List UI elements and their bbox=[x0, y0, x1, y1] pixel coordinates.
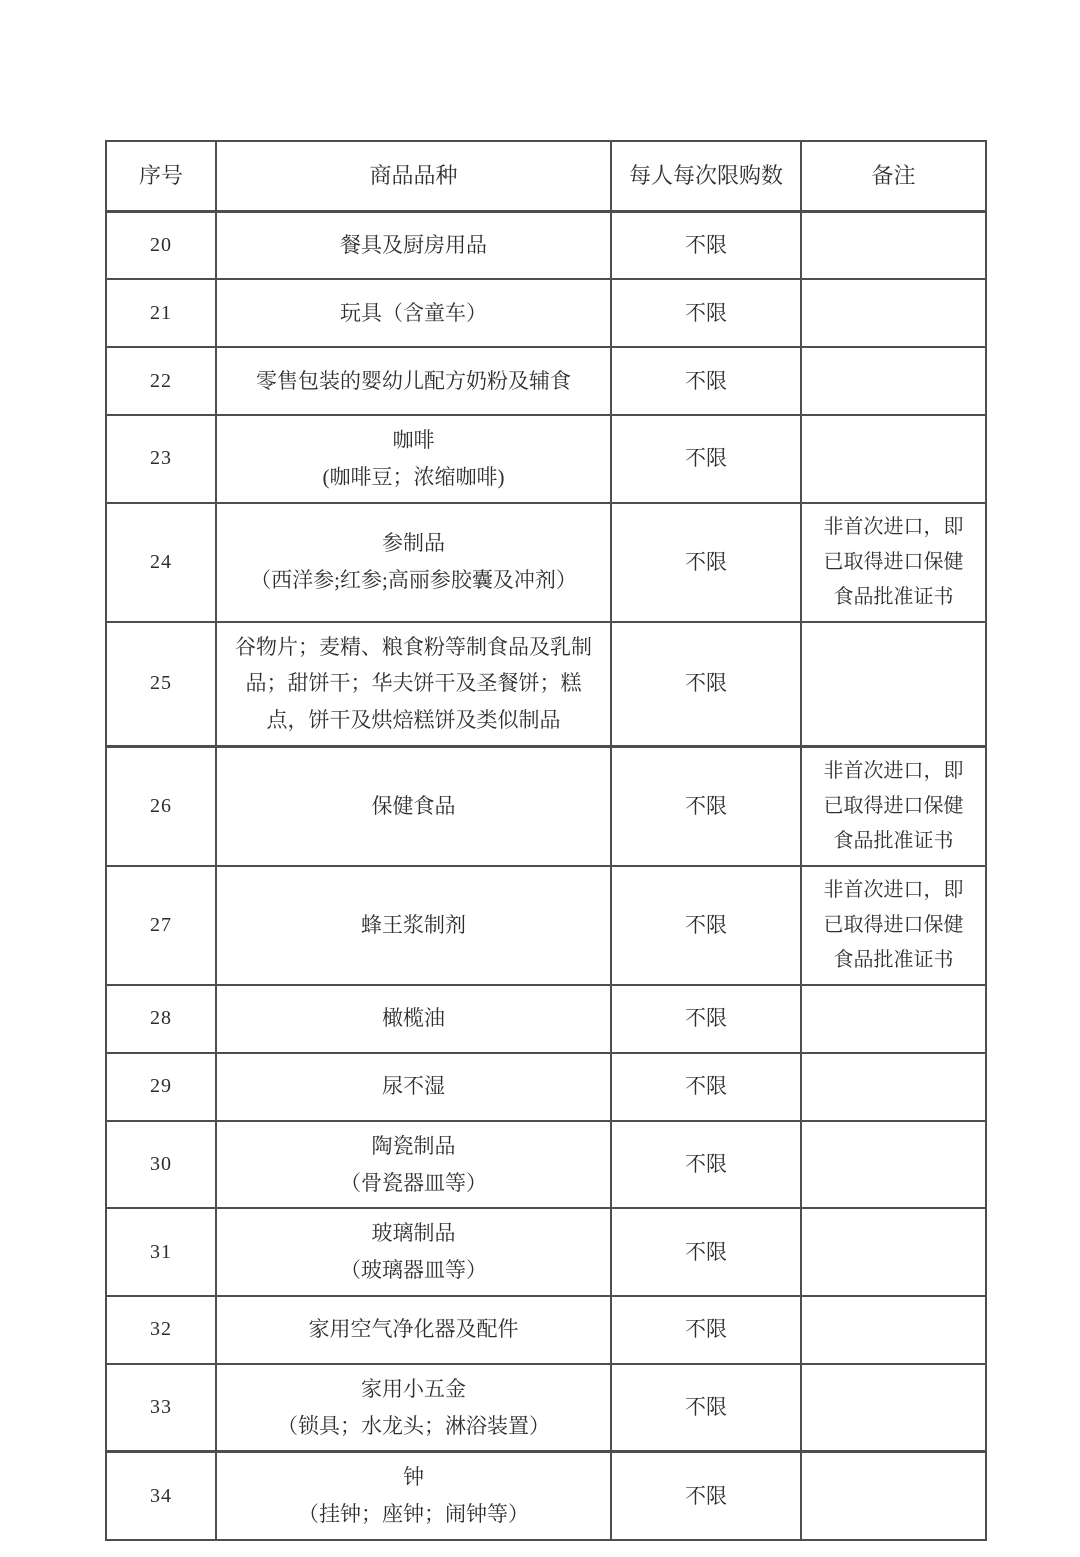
product-line: 陶瓷制品 bbox=[225, 1128, 602, 1165]
product-line: 钟 bbox=[225, 1459, 602, 1496]
cell-limit: 不限 bbox=[611, 866, 801, 985]
product-line: 家用小五金 bbox=[225, 1371, 602, 1408]
table-row: 25 谷物片；麦精、粮食粉等制食品及乳制品；甜饼干；华夫饼干及圣餐饼；糕点，饼干… bbox=[106, 622, 986, 747]
cell-no: 28 bbox=[106, 985, 216, 1053]
header-row: 序号 商品品种 每人每次限购数 备注 bbox=[106, 141, 986, 211]
table-row: 26 保健食品 不限 非首次进口，即已取得进口保健食品批准证书 bbox=[106, 746, 986, 866]
table-row: 22 零售包装的婴幼儿配方奶粉及辅食 不限 bbox=[106, 347, 986, 415]
cell-limit: 不限 bbox=[611, 1121, 801, 1209]
cell-product: 咖啡(咖啡豆；浓缩咖啡) bbox=[216, 415, 611, 503]
cell-remark bbox=[801, 1208, 986, 1296]
cell-no: 27 bbox=[106, 866, 216, 985]
cell-limit: 不限 bbox=[611, 1208, 801, 1296]
cell-product: 玻璃制品（玻璃器皿等） bbox=[216, 1208, 611, 1296]
cell-limit: 不限 bbox=[611, 1296, 801, 1364]
cell-remark bbox=[801, 347, 986, 415]
cell-product: 尿不湿 bbox=[216, 1053, 611, 1121]
cell-no: 26 bbox=[106, 746, 216, 866]
product-line: 蜂王浆制剂 bbox=[225, 907, 602, 944]
cell-limit: 不限 bbox=[611, 985, 801, 1053]
cell-no: 30 bbox=[106, 1121, 216, 1209]
cell-no: 31 bbox=[106, 1208, 216, 1296]
table-row: 24 参制品（西洋参;红参;高丽参胶囊及冲剂） 不限 非首次进口，即已取得进口保… bbox=[106, 503, 986, 622]
cell-remark bbox=[801, 1121, 986, 1209]
product-line: 玩具（含童车） bbox=[225, 295, 602, 332]
header-cell-remark: 备注 bbox=[801, 141, 986, 211]
product-line: 尿不湿 bbox=[225, 1068, 602, 1105]
table-row: 23 咖啡(咖啡豆；浓缩咖啡) 不限 bbox=[106, 415, 986, 503]
product-line: 保健食品 bbox=[225, 788, 602, 825]
cell-limit: 不限 bbox=[611, 347, 801, 415]
cell-limit: 不限 bbox=[611, 1452, 801, 1540]
cell-product: 餐具及厨房用品 bbox=[216, 211, 611, 279]
cell-no: 24 bbox=[106, 503, 216, 622]
cell-no: 29 bbox=[106, 1053, 216, 1121]
cell-product: 家用小五金（锁具；水龙头；淋浴装置） bbox=[216, 1364, 611, 1452]
cell-product: 零售包装的婴幼儿配方奶粉及辅食 bbox=[216, 347, 611, 415]
cell-no: 32 bbox=[106, 1296, 216, 1364]
cell-remark bbox=[801, 1296, 986, 1364]
table-row: 30 陶瓷制品（骨瓷器皿等） 不限 bbox=[106, 1121, 986, 1209]
product-line: 玻璃制品 bbox=[225, 1215, 602, 1252]
cell-remark bbox=[801, 985, 986, 1053]
table-row: 32 家用空气净化器及配件 不限 bbox=[106, 1296, 986, 1364]
cell-no: 23 bbox=[106, 415, 216, 503]
table-row: 28 橄榄油 不限 bbox=[106, 985, 986, 1053]
table-row: 33 家用小五金（锁具；水龙头；淋浴装置） 不限 bbox=[106, 1364, 986, 1452]
purchase-limit-table: 序号 商品品种 每人每次限购数 备注 20 餐具及厨房用品 不限 21 玩具（含… bbox=[105, 140, 987, 1541]
document-page: 序号 商品品种 每人每次限购数 备注 20 餐具及厨房用品 不限 21 玩具（含… bbox=[0, 0, 1080, 1557]
product-line: 零售包装的婴幼儿配方奶粉及辅食 bbox=[225, 363, 602, 400]
product-line: 参制品 bbox=[225, 525, 602, 562]
product-line: 家用空气净化器及配件 bbox=[225, 1311, 602, 1348]
cell-remark: 非首次进口，即已取得进口保健食品批准证书 bbox=[801, 866, 986, 985]
cell-product: 钟（挂钟；座钟；闹钟等） bbox=[216, 1452, 611, 1540]
header-cell-limit: 每人每次限购数 bbox=[611, 141, 801, 211]
cell-limit: 不限 bbox=[611, 415, 801, 503]
cell-no: 33 bbox=[106, 1364, 216, 1452]
cell-limit: 不限 bbox=[611, 1364, 801, 1452]
product-line: （骨瓷器皿等） bbox=[225, 1165, 602, 1202]
cell-product: 保健食品 bbox=[216, 746, 611, 866]
cell-remark bbox=[801, 211, 986, 279]
cell-limit: 不限 bbox=[611, 746, 801, 866]
product-line: （锁具；水龙头；淋浴装置） bbox=[225, 1408, 602, 1445]
cell-remark bbox=[801, 1364, 986, 1452]
table-row: 31 玻璃制品（玻璃器皿等） 不限 bbox=[106, 1208, 986, 1296]
cell-remark bbox=[801, 1053, 986, 1121]
cell-limit: 不限 bbox=[611, 211, 801, 279]
cell-limit: 不限 bbox=[611, 503, 801, 622]
cell-no: 22 bbox=[106, 347, 216, 415]
cell-limit: 不限 bbox=[611, 622, 801, 747]
cell-no: 25 bbox=[106, 622, 216, 747]
cell-remark bbox=[801, 1452, 986, 1540]
header-cell-product: 商品品种 bbox=[216, 141, 611, 211]
cell-limit: 不限 bbox=[611, 279, 801, 347]
cell-product: 陶瓷制品（骨瓷器皿等） bbox=[216, 1121, 611, 1209]
product-line: 谷物片；麦精、粮食粉等制食品及乳制品；甜饼干；华夫饼干及圣餐饼；糕点，饼干及烘焙… bbox=[225, 629, 602, 739]
cell-no: 20 bbox=[106, 211, 216, 279]
table-row: 20 餐具及厨房用品 不限 bbox=[106, 211, 986, 279]
cell-product: 橄榄油 bbox=[216, 985, 611, 1053]
cell-product: 玩具（含童车） bbox=[216, 279, 611, 347]
cell-product: 参制品（西洋参;红参;高丽参胶囊及冲剂） bbox=[216, 503, 611, 622]
cell-product: 蜂王浆制剂 bbox=[216, 866, 611, 985]
cell-no: 21 bbox=[106, 279, 216, 347]
product-line: （西洋参;红参;高丽参胶囊及冲剂） bbox=[225, 562, 602, 599]
cell-remark bbox=[801, 622, 986, 747]
product-line: （玻璃器皿等） bbox=[225, 1252, 602, 1289]
table-row: 29 尿不湿 不限 bbox=[106, 1053, 986, 1121]
cell-remark bbox=[801, 415, 986, 503]
cell-remark: 非首次进口，即已取得进口保健食品批准证书 bbox=[801, 746, 986, 866]
table-row: 27 蜂王浆制剂 不限 非首次进口，即已取得进口保健食品批准证书 bbox=[106, 866, 986, 985]
cell-remark bbox=[801, 279, 986, 347]
product-line: 咖啡 bbox=[225, 422, 602, 459]
table-row: 34 钟（挂钟；座钟；闹钟等） 不限 bbox=[106, 1452, 986, 1540]
cell-remark: 非首次进口，即已取得进口保健食品批准证书 bbox=[801, 503, 986, 622]
cell-limit: 不限 bbox=[611, 1053, 801, 1121]
product-line: 餐具及厨房用品 bbox=[225, 227, 602, 264]
cell-no: 34 bbox=[106, 1452, 216, 1540]
cell-product: 谷物片；麦精、粮食粉等制食品及乳制品；甜饼干；华夫饼干及圣餐饼；糕点，饼干及烘焙… bbox=[216, 622, 611, 747]
header-cell-no: 序号 bbox=[106, 141, 216, 211]
product-line: (咖啡豆；浓缩咖啡) bbox=[225, 459, 602, 496]
table-row: 21 玩具（含童车） 不限 bbox=[106, 279, 986, 347]
product-line: （挂钟；座钟；闹钟等） bbox=[225, 1496, 602, 1533]
cell-product: 家用空气净化器及配件 bbox=[216, 1296, 611, 1364]
product-line: 橄榄油 bbox=[225, 1000, 602, 1037]
